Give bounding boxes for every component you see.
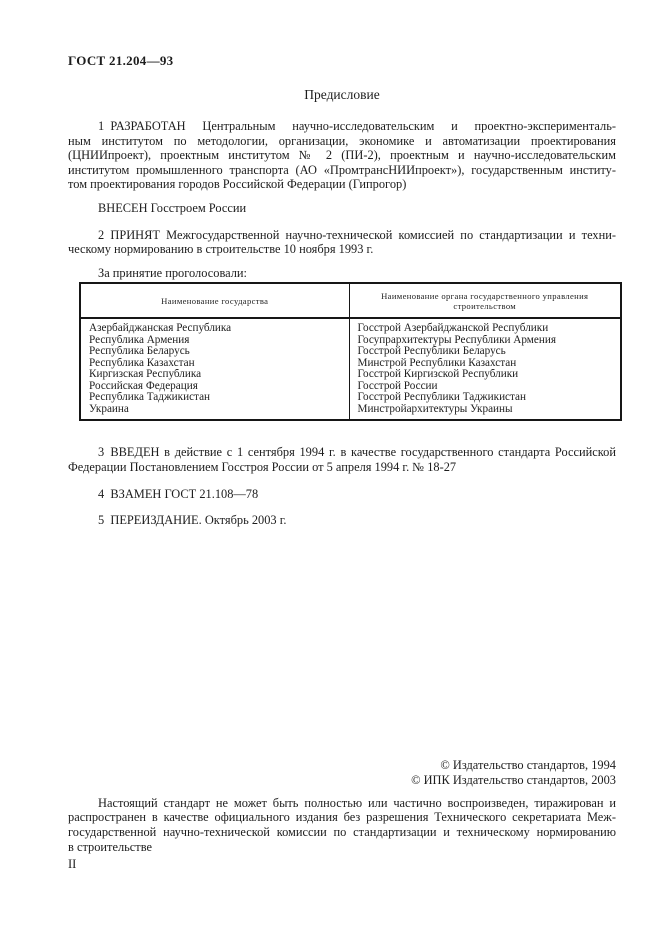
table-row: Азербайджанская Республика Госстрой Азер…: [80, 318, 621, 335]
page-number: II: [68, 857, 616, 872]
agency-cell: Госстрой Киргизской Республики: [349, 369, 621, 381]
text-line: в строительстве: [68, 840, 616, 855]
vote-table: Наименование государства Наименование ор…: [79, 282, 622, 421]
text-line: (ЦНИИпроект), проектным институтом № 2 (…: [68, 148, 616, 163]
agency-cell: Госупрархитектуры Республики Армения: [349, 335, 621, 347]
table-row: Республика Таджикистан Госстрой Республи…: [80, 392, 621, 404]
preface-title: Предисловие: [68, 87, 616, 102]
clause-1-developed: 1 РАЗРАБОТАН Центральным научно-исследов…: [68, 119, 616, 192]
clause-3-introduced: 3 ВВЕДЕН в действие с 1 сентября 1994 г.…: [68, 445, 616, 474]
agency-cell: Минстройархитектуры Украины: [349, 404, 621, 421]
vote-table-header-row: Наименование государства Наименование ор…: [80, 283, 621, 318]
text-line: распространен в качестве официального из…: [68, 810, 616, 825]
table-row: Республика Казахстан Минстрой Республики…: [80, 358, 621, 370]
clause-2-accepted: 2 ПРИНЯТ Межгосударственной научно-техни…: [68, 228, 616, 257]
text-line: ческому нормированию в строительстве 10 …: [68, 242, 616, 257]
state-cell: Республика Армения: [80, 335, 349, 347]
doc-code: ГОСТ 21.204—93: [68, 53, 616, 68]
agency-cell: Госстрой Республики Беларусь: [349, 346, 621, 358]
agency-cell: Госстрой Республики Таджикистан: [349, 392, 621, 404]
state-cell: Республика Таджикистан: [80, 392, 349, 404]
clause-5-reissue: 5 ПЕРЕИЗДАНИЕ. Октябрь 2003 г.: [68, 513, 616, 528]
state-cell: Киргизская Республика: [80, 369, 349, 381]
vote-intro: За принятие проголосовали:: [68, 266, 616, 281]
table-row: Российская Федерация Госстрой России: [80, 381, 621, 393]
text-line: том проектирования городов Российской Фе…: [68, 177, 616, 192]
table-row: Украина Минстройархитектуры Украины: [80, 404, 621, 421]
state-cell: Украина: [80, 404, 349, 421]
copyright-line-1994: © Издательство стандартов, 1994: [68, 758, 616, 773]
clause-submitted: ВНЕСЕН Госстроем России: [68, 201, 616, 216]
text-line: институтом промышленного транспорта (АО …: [68, 163, 616, 178]
agency-cell: Госстрой Азербайджанской Республики: [349, 318, 621, 335]
state-cell: Республика Казахстан: [80, 358, 349, 370]
table-row: Республика Армения Госупрархитектуры Рес…: [80, 335, 621, 347]
copyright-block: © Издательство стандартов, 1994 © ИПК Из…: [68, 758, 616, 788]
agency-cell: Госстрой России: [349, 381, 621, 393]
text-line: 1 РАЗРАБОТАН Центральным научно-исследов…: [68, 119, 616, 134]
col-header-state: Наименование государства: [80, 283, 349, 318]
col-header-agency: Наименование органа государственного упр…: [349, 283, 621, 318]
text-line: Настоящий стандарт не может быть полност…: [68, 796, 616, 811]
clause-4-replaces: 4 ВЗАМЕН ГОСТ 21.108—78: [68, 487, 616, 502]
state-cell: Республика Беларусь: [80, 346, 349, 358]
reproduction-notice: Настоящий стандарт не может быть полност…: [68, 796, 616, 854]
text-line: ным институтом по методологии, организац…: [68, 134, 616, 149]
state-cell: Российская Федерация: [80, 381, 349, 393]
text-line: государственной научно-технической комис…: [68, 825, 616, 840]
text-line: 2 ПРИНЯТ Межгосударственной научно-техни…: [68, 228, 616, 243]
agency-cell: Минстрой Республики Казахстан: [349, 358, 621, 370]
table-row: Киргизская Республика Госстрой Киргизско…: [80, 369, 621, 381]
state-cell: Азербайджанская Республика: [80, 318, 349, 335]
table-row: Республика Беларусь Госстрой Республики …: [80, 346, 621, 358]
copyright-line-2003: © ИПК Издательство стандартов, 2003: [68, 773, 616, 788]
document-page: ГОСТ 21.204—93 Предисловие 1 РАЗРАБОТАН …: [0, 0, 661, 936]
text-line: 3 ВВЕДЕН в действие с 1 сентября 1994 г.…: [68, 445, 616, 460]
text-line: Федерации Постановлением Госстроя России…: [68, 460, 616, 475]
